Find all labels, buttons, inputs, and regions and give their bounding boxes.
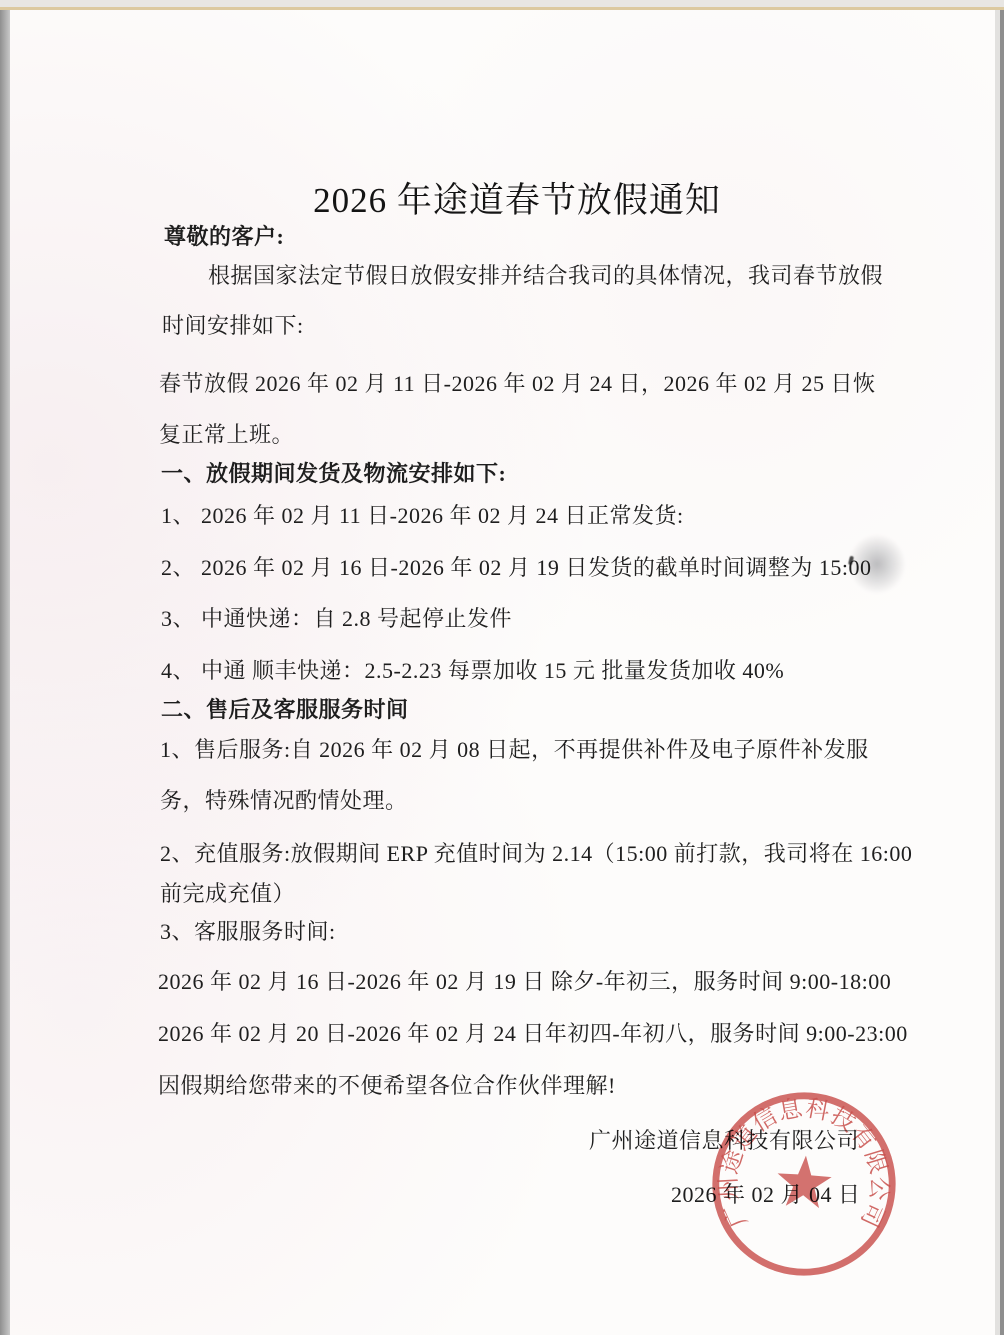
scan-right-edge (1000, 0, 1004, 1335)
holiday-period-line-2: 复正常上班。 (159, 422, 294, 448)
aftersales-line-1: 1、售后服务:自 2026 年 02 月 08 日起，不再提供补件及电子原件补发… (160, 737, 869, 763)
salutation: 尊敬的客户: (164, 224, 284, 250)
service-hours-heading: 3、客服服务时间: (160, 919, 336, 945)
scan-top-edge-line (0, 7, 1004, 10)
scan-top-edge (0, 0, 1004, 7)
scan-left-edge (0, 0, 10, 1335)
recharge-line-1: 2、充值服务:放假期间 ERP 充值时间为 2.14（15:00 前打款，我司将… (160, 841, 912, 867)
intro-line-1: 根据国家法定节假日放假安排并结合我司的具体情况，我司春节放假 (208, 263, 883, 289)
doc-title: 2026 年途道春节放假通知 (50, 173, 984, 223)
company-seal: 广州途道信息科技有限公司 (699, 1079, 908, 1288)
section-2-heading: 二、售后及客服服务时间 (161, 697, 409, 723)
scanned-notice-page: 2026 年途道春节放假通知 尊敬的客户: 根据国家法定节假日放假安排并结合我司… (0, 0, 1004, 1335)
shipping-item-4: 4、 中通 顺丰快递：2.5-2.23 每票加收 15 元 批量发货加收 40% (161, 658, 784, 684)
section-1-heading: 一、放假期间发货及物流安排如下: (161, 461, 506, 487)
shipping-item-2: 2、 2026 年 02 月 16 日-2026 年 02 月 19 日发货的截… (161, 555, 871, 581)
aftersales-line-2: 务，特殊情况酌情处理。 (160, 788, 408, 814)
shipping-item-3: 3、 中通快递：自 2.8 号起停止发件 (161, 606, 512, 632)
service-hours-line-2: 2026 年 02 月 20 日-2026 年 02 月 24 日年初四-年初八… (158, 1021, 908, 1047)
recharge-line-2: 前完成充值） (160, 881, 295, 907)
holiday-period-line-1: 春节放假 2026 年 02 月 11 日-2026 年 02 月 24 日，2… (159, 371, 876, 397)
seal-star-icon (777, 1154, 834, 1211)
intro-line-2: 时间安排如下: (162, 313, 304, 339)
closing-line: 因假期给您带来的不便希望各位合作伙伴理解! (158, 1073, 616, 1099)
service-hours-line-1: 2026 年 02 月 16 日-2026 年 02 月 19 日 除夕-年初三… (158, 969, 891, 995)
shipping-item-1: 1、 2026 年 02 月 11 日-2026 年 02 月 24 日正常发货… (161, 503, 684, 529)
